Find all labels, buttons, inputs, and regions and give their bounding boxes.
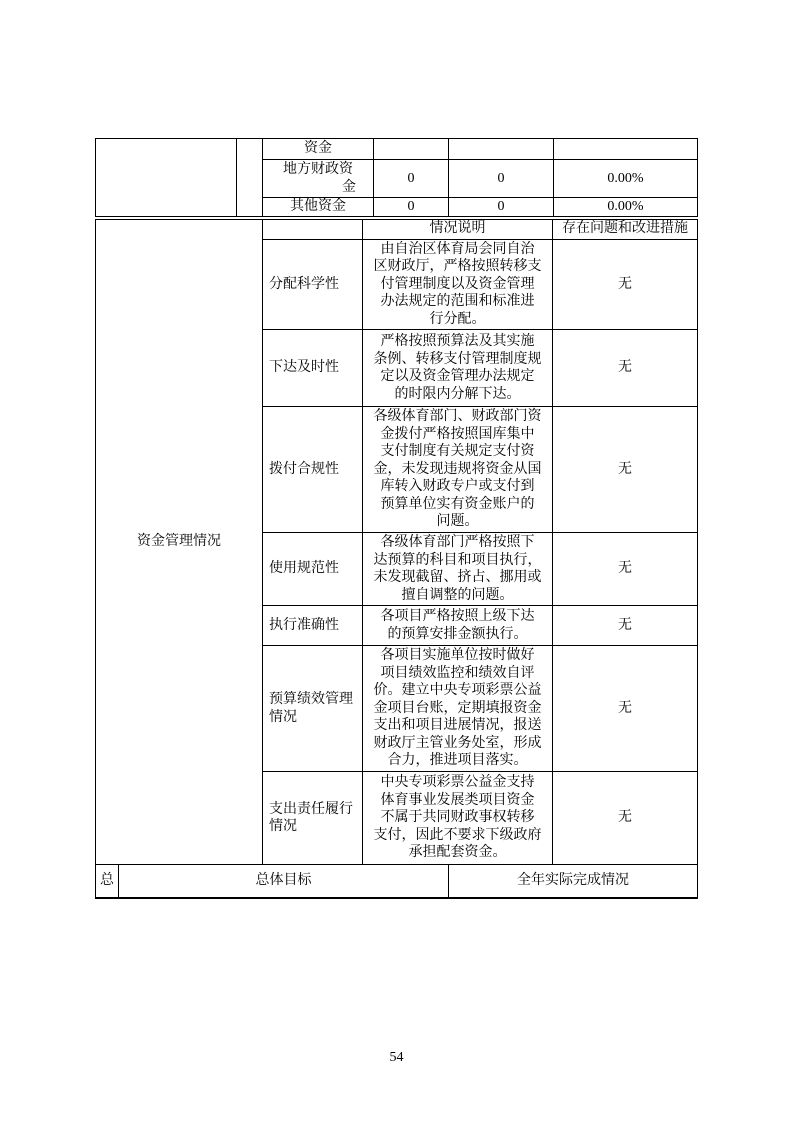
cell-overall-goal: 总体目标	[119, 865, 449, 898]
cell-funding-rate: 0.00%	[554, 160, 698, 198]
cell-criterion: 支出责任履行情况	[263, 772, 363, 865]
document-page: 资金 地方财政资金 0 0 0.00% 其他资金 0 0 0.00%	[0, 0, 793, 1122]
cell-issues: 无	[553, 646, 698, 772]
cell-funding-budget: 0	[374, 160, 449, 198]
cell-criterion: 预算绩效管理情况	[263, 646, 363, 772]
cell-funding-label: 资金	[263, 139, 374, 160]
cell-header-empty	[263, 219, 363, 239]
report-table: 资金 地方财政资金 0 0 0.00% 其他资金 0 0 0.00%	[95, 138, 697, 899]
funding-table: 资金 地方财政资金 0 0 0.00% 其他资金 0 0 0.00%	[95, 138, 698, 217]
cell-funding-actual	[449, 139, 554, 160]
cell-description: 各项目实施单位按时做好 项目绩效监控和绩效自评 价。建立中央专项彩票公益 金项目…	[363, 646, 553, 772]
cell-group-label: 资金管理情况	[96, 219, 263, 865]
cell-criterion: 拨付合规性	[263, 407, 363, 533]
cell-criterion: 下达及时性	[263, 330, 363, 407]
cell-criterion: 使用规范性	[263, 533, 363, 606]
cell-funding-budget: 0	[374, 198, 449, 217]
management-header-row: 资金管理情况 情况说明 存在问题和改进措施	[96, 219, 698, 239]
cell-description: 各级体育部门严格按照下 达预算的科目和项目执行， 未发现截留、挤占、挪用或 擅自…	[363, 533, 553, 606]
cell-actual-completion: 全年实际完成情况	[449, 865, 698, 898]
cell-prev-subcolumn-continuation	[237, 139, 263, 217]
cell-issues: 无	[553, 606, 698, 646]
cell-funding-label: 地方财政资金	[263, 160, 374, 198]
cell-funding-rate	[554, 139, 698, 160]
cell-issues: 无	[553, 533, 698, 606]
page-number: 54	[0, 1050, 793, 1066]
cell-description: 中央专项彩票公益金支持 体育事业发展类项目资金 不属于共同财政事权转移 支付，因…	[363, 772, 553, 865]
cell-description: 严格按照预算法及其实施 条例、转移支付管理制度规 定以及资金管理办法规定 的时限…	[363, 330, 553, 407]
cell-description: 由自治区体育局会同自治 区财政厅，严格按照转移支 付管理制度以及资金管理 办法规…	[363, 239, 553, 330]
cell-issues: 无	[553, 330, 698, 407]
cell-funding-rate: 0.00%	[554, 198, 698, 217]
cell-description: 各级体育部门、财政部门资 金拨付严格按照国库集中 支付制度有关规定支付资 金，未…	[363, 407, 553, 533]
cell-summary-label: 总	[96, 865, 119, 898]
cell-description: 各项目严格按照上级下达 的预算安排金额执行。	[363, 606, 553, 646]
summary-table: 总 总体目标 全年实际完成情况	[95, 864, 698, 899]
cell-funding-budget	[374, 139, 449, 160]
cell-funding-label: 其他资金	[263, 198, 374, 217]
cell-header-description: 情况说明	[363, 219, 553, 239]
cell-funding-actual: 0	[449, 160, 554, 198]
cell-issues: 无	[553, 772, 698, 865]
cell-prev-section-continuation	[96, 139, 237, 217]
cell-funding-actual: 0	[449, 198, 554, 217]
summary-row: 总 总体目标 全年实际完成情况	[96, 865, 698, 898]
cell-criterion: 执行准确性	[263, 606, 363, 646]
management-table: 资金管理情况 情况说明 存在问题和改进措施 分配科学性 由自治区体育局会同自治 …	[95, 219, 698, 866]
cell-criterion: 分配科学性	[263, 239, 363, 330]
cell-issues: 无	[553, 239, 698, 330]
funding-row: 资金	[96, 139, 698, 160]
cell-header-issues: 存在问题和改进措施	[553, 219, 698, 239]
cell-issues: 无	[553, 407, 698, 533]
